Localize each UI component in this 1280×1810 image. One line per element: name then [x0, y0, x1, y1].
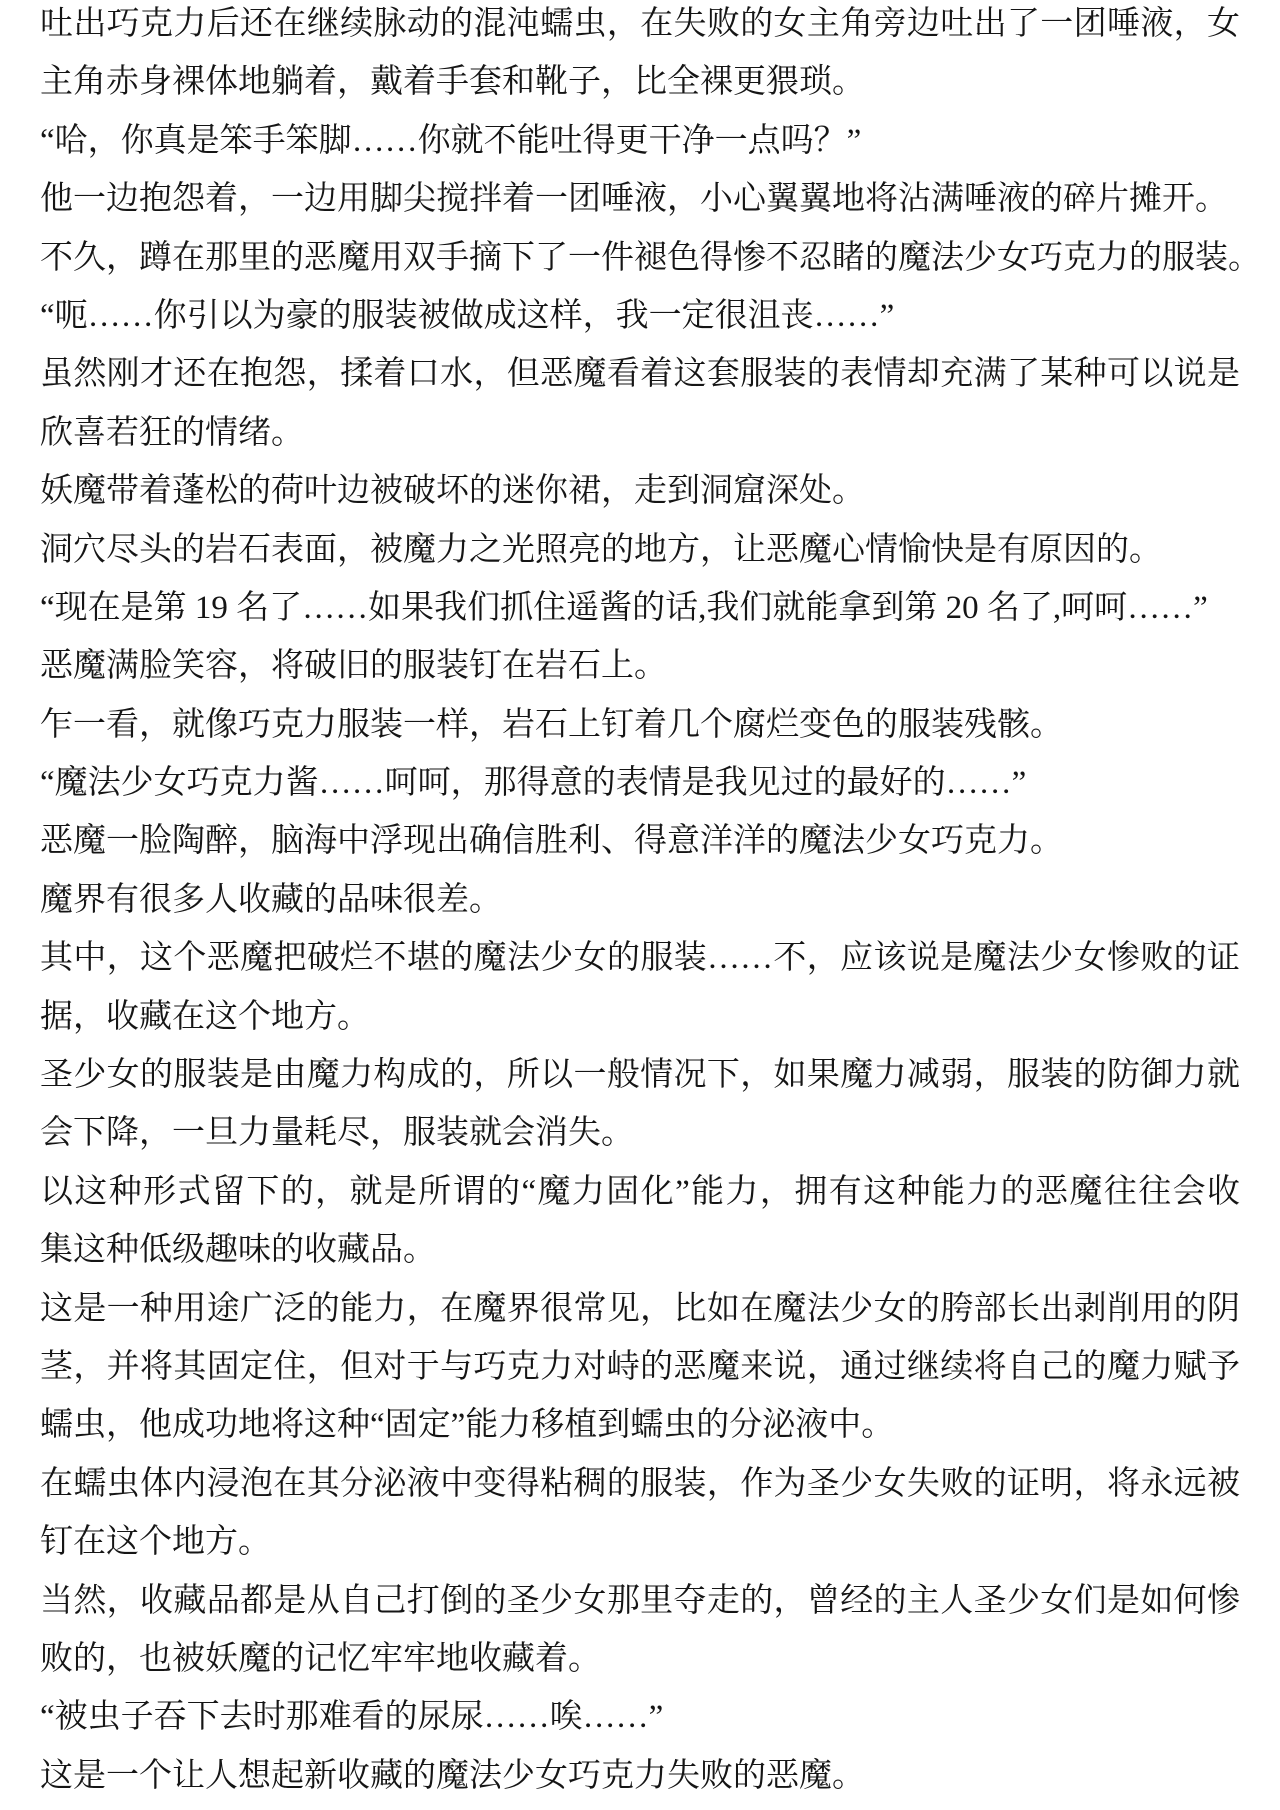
text-line: 吐出巧克力后还在继续脉动的混沌蠕虫，在失败的女主角旁边吐出了一团唾液，女 — [40, 0, 1240, 53]
text-line: 欣喜若狂的情绪。 — [40, 404, 1240, 462]
text-line: 恶魔满脸笑容，将破旧的服装钉在岩石上。 — [40, 637, 1240, 695]
text-line: 其中，这个恶魔把破烂不堪的魔法少女的服装……不，应该说是魔法少女惨败的证 — [40, 929, 1240, 987]
text-line: 这是一个让人想起新收藏的魔法少女巧克力失败的恶魔。 — [40, 1747, 1240, 1805]
text-line: 茎，并将其固定住，但对于与巧克力对峙的恶魔来说，通过继续将自己的魔力赋予 — [40, 1338, 1240, 1396]
text-line: 蠕虫，他成功地将这种“固定”能力移植到蠕虫的分泌液中。 — [40, 1396, 1240, 1454]
text-line: 当然，收藏品都是从自己打倒的圣少女那里夺走的，曾经的主人圣少女们是如何惨 — [40, 1572, 1240, 1630]
text-line: 钉在这个地方。 — [40, 1513, 1240, 1571]
text-block: 吐出巧克力后还在继续脉动的混沌蠕虫，在失败的女主角旁边吐出了一团唾液，女主角赤身… — [40, 0, 1240, 1805]
text-line: 在蠕虫体内浸泡在其分泌液中变得粘稠的服装，作为圣少女失败的证明，将永远被 — [40, 1455, 1240, 1513]
text-line: “被虫子吞下去时那难看的尿尿……唉……” — [40, 1688, 1240, 1746]
text-line: 败的，也被妖魔的记忆牢牢地收藏着。 — [40, 1630, 1240, 1688]
text-line: 主角赤身裸体地躺着，戴着手套和靴子，比全裸更猥琐。 — [40, 53, 1240, 111]
text-line: 会下降，一旦力量耗尽，服装就会消失。 — [40, 1104, 1240, 1162]
text-line: 据，收藏在这个地方。 — [40, 988, 1240, 1046]
text-line: 这是一种用途广泛的能力，在魔界很常见，比如在魔法少女的胯部长出剥削用的阴 — [40, 1280, 1240, 1338]
text-line: 他一边抱怨着，一边用脚尖搅拌着一团唾液，小心翼翼地将沾满唾液的碎片摊开。 — [40, 170, 1240, 228]
text-line: 妖魔带着蓬松的荷叶边被破坏的迷你裙，走到洞窟深处。 — [40, 462, 1240, 520]
text-line: 不久，蹲在那里的恶魔用双手摘下了一件褪色得惨不忍睹的魔法少女巧克力的服装。 — [40, 229, 1240, 287]
text-line: 虽然刚才还在抱怨，揉着口水，但恶魔看着这套服装的表情却充满了某种可以说是 — [40, 345, 1240, 403]
text-line: 洞穴尽头的岩石表面，被魔力之光照亮的地方，让恶魔心情愉快是有原因的。 — [40, 521, 1240, 579]
text-line: 魔界有很多人收藏的品味很差。 — [40, 871, 1240, 929]
text-line: 乍一看，就像巧克力服装一样，岩石上钉着几个腐烂变色的服装残骸。 — [40, 696, 1240, 754]
text-line: “呃……你引以为豪的服装被做成这样，我一定很沮丧……” — [40, 287, 1240, 345]
text-line: “魔法少女巧克力酱……呵呵，那得意的表情是我见过的最好的……” — [40, 754, 1240, 812]
text-line: “现在是第 19 名了……如果我们抓住遥酱的话,我们就能拿到第 20 名了,呵呵… — [40, 579, 1240, 637]
text-line: 恶魔一脸陶醉，脑海中浮现出确信胜利、得意洋洋的魔法少女巧克力。 — [40, 812, 1240, 870]
text-line: “哈，你真是笨手笨脚……你就不能吐得更干净一点吗？” — [40, 112, 1240, 170]
text-line: 集这种低级趣味的收藏品。 — [40, 1221, 1240, 1279]
document-page: 吐出巧克力后还在继续脉动的混沌蠕虫，在失败的女主角旁边吐出了一团唾液，女主角赤身… — [0, 0, 1280, 1805]
text-line: 以这种形式留下的，就是所谓的“魔力固化”能力，拥有这种能力的恶魔往往会收 — [40, 1163, 1240, 1221]
text-line: 圣少女的服装是由魔力构成的，所以一般情况下，如果魔力减弱，服装的防御力就 — [40, 1046, 1240, 1104]
